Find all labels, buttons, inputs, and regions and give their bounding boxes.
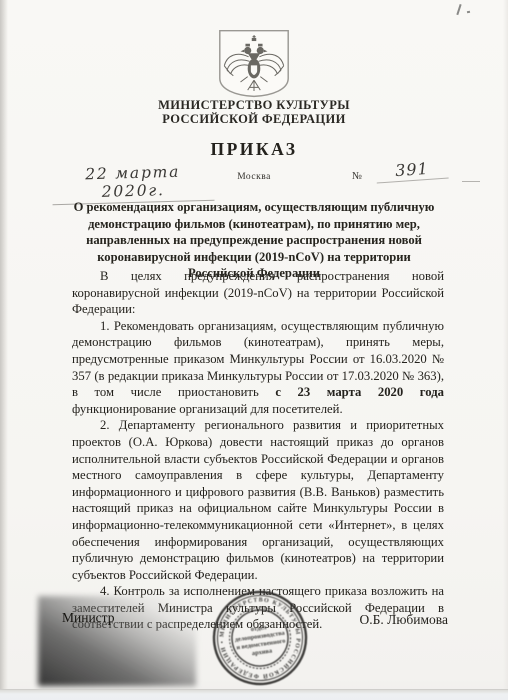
paragraph-1-bold-date: с 23 марта 2020 года	[275, 385, 444, 399]
pen-mark-artifact	[452, 4, 472, 20]
double-headed-eagle-icon	[213, 28, 295, 100]
paragraph-1-tail: функционирование организаций для посетит…	[72, 402, 343, 416]
ministry-name-line2: РОССИЙСКОЙ ФЕДЕРАЦИИ	[0, 113, 508, 127]
coat-of-arms	[0, 28, 508, 100]
date-number-row: 22 марта 2020г. Москва № 391	[0, 162, 508, 192]
number-blank-line	[462, 181, 480, 182]
number-sign: №	[352, 171, 362, 182]
paragraph-intro: В целях предупреждения распространения н…	[72, 268, 444, 318]
stamp-center-line4: архива	[251, 647, 273, 657]
signer-name: О.Б. Любимова	[360, 612, 448, 628]
scan-bottom-edge	[0, 689, 508, 700]
paragraph-2: 2. Департаменту регионального развития и…	[72, 417, 444, 583]
round-stamp: • МИНИСТЕРСТВО КУЛЬТУРЫ РОССИЙСКОЙ ФЕДЕР…	[210, 588, 310, 688]
document-body: В целях предупреждения распространения н…	[72, 268, 444, 633]
ministry-name: МИНИСТЕРСТВО КУЛЬТУРЫ РОССИЙСКОЙ ФЕДЕРАЦ…	[0, 99, 508, 126]
stamp-seal-icon: • МИНИСТЕРСТВО КУЛЬТУРЫ РОССИЙСКОЙ ФЕДЕР…	[210, 588, 310, 688]
ministry-name-line1: МИНИСТЕРСТВО КУЛЬТУРЫ	[0, 99, 508, 113]
scanned-document-page: МИНИСТЕРСТВО КУЛЬТУРЫ РОССИЙСКОЙ ФЕДЕРАЦ…	[0, 0, 508, 700]
document-type-heading: ПРИКАЗ	[0, 139, 508, 160]
paragraph-1: 1. Рекомендовать организациям, осуществл…	[72, 318, 444, 418]
signer-position: Министр	[62, 610, 114, 626]
